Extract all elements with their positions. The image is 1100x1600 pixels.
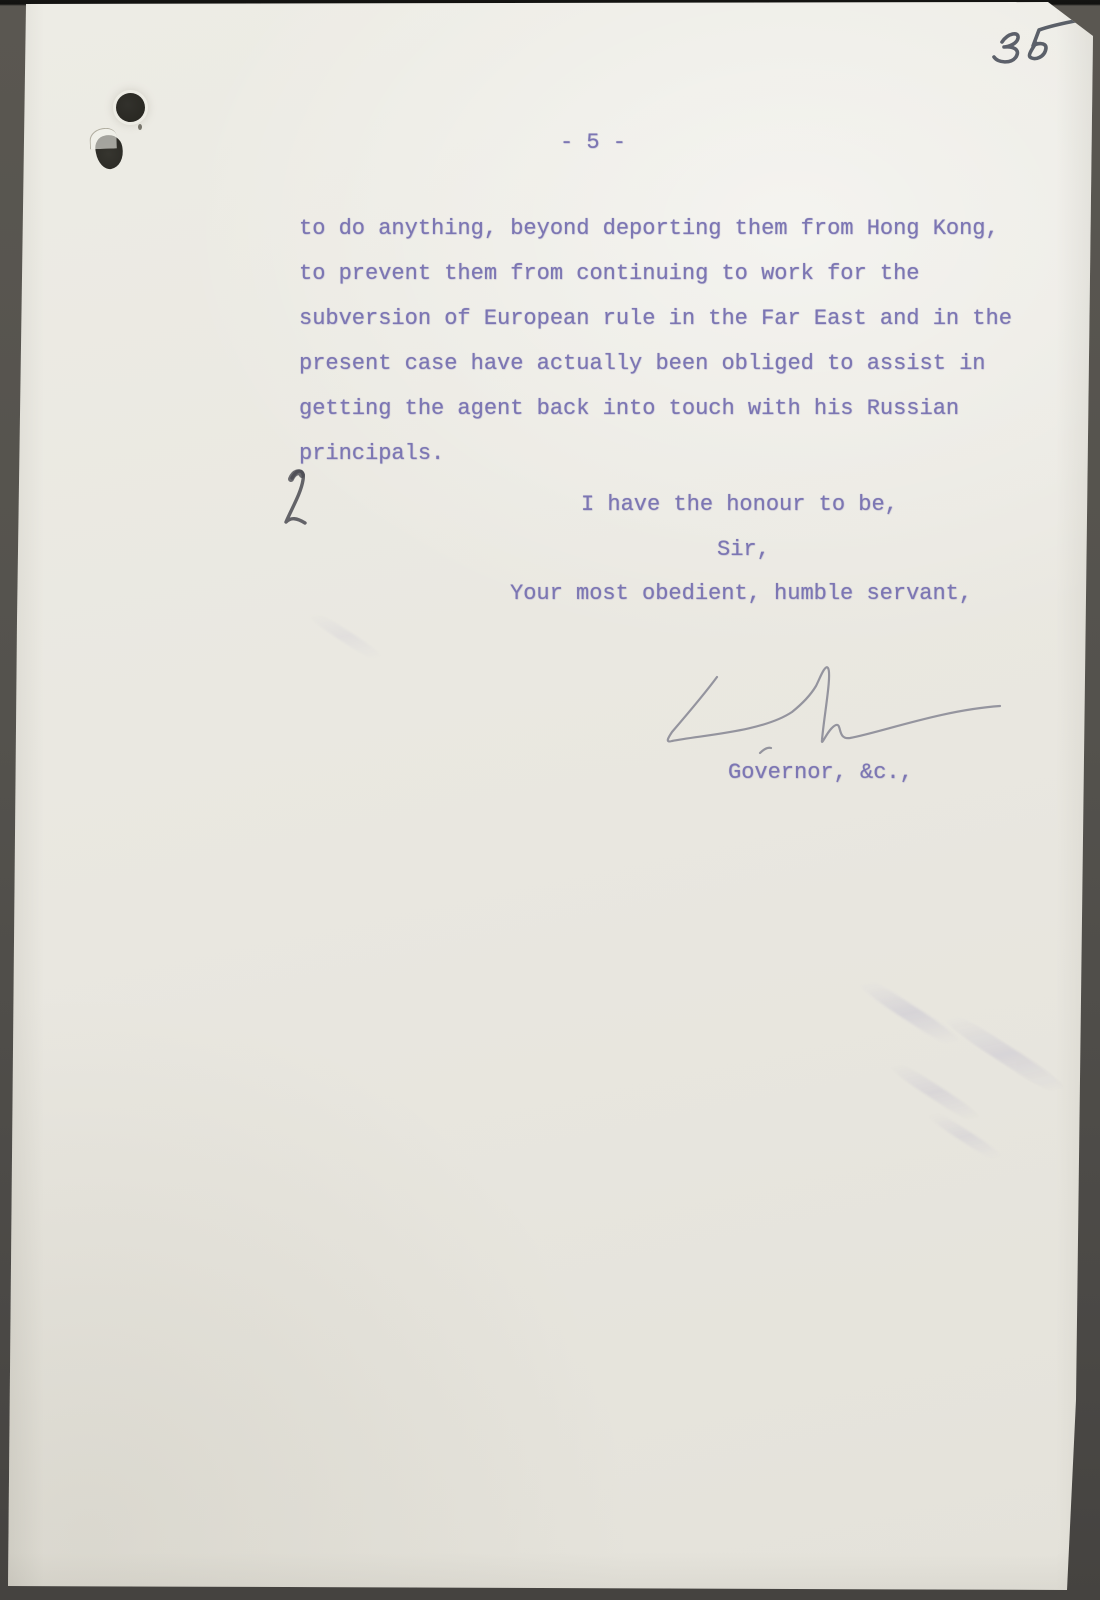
body-line: principals.	[299, 431, 1012, 476]
handwritten-folio-number	[988, 16, 1092, 72]
torn-hole-icon	[93, 133, 125, 171]
ink-smudge	[937, 1006, 1073, 1103]
body-line: present case have actually been obliged …	[299, 341, 1012, 386]
body-line: getting the agent back into touch with h…	[299, 386, 1012, 431]
scanned-letter-page: { "document": { "page_number": "- 5 -", …	[0, 0, 1100, 1600]
signatory-title: Governor, &c.,	[728, 760, 913, 785]
document-page: - 5 - to do anything, beyond deporting t…	[0, 0, 1100, 1600]
ink-smudge	[304, 606, 386, 665]
body-line: subversion of European rule in the Far E…	[299, 296, 1012, 341]
closing-line: Sir,	[717, 537, 770, 562]
body-line: to do anything, beyond deporting them fr…	[299, 206, 1012, 251]
handwritten-margin-number	[264, 460, 324, 544]
hole-punch-icon	[116, 93, 145, 122]
ink-speck	[138, 124, 142, 130]
signature-mark	[640, 648, 1020, 766]
page-number: - 5 -	[493, 130, 693, 155]
closing-line: Your most obedient, humble servant,	[510, 581, 972, 606]
letter-body: to do anything, beyond deporting them fr…	[299, 206, 1012, 476]
body-line: to prevent them from continuing to work …	[299, 251, 1012, 296]
closing-line: I have the honour to be,	[581, 492, 898, 517]
